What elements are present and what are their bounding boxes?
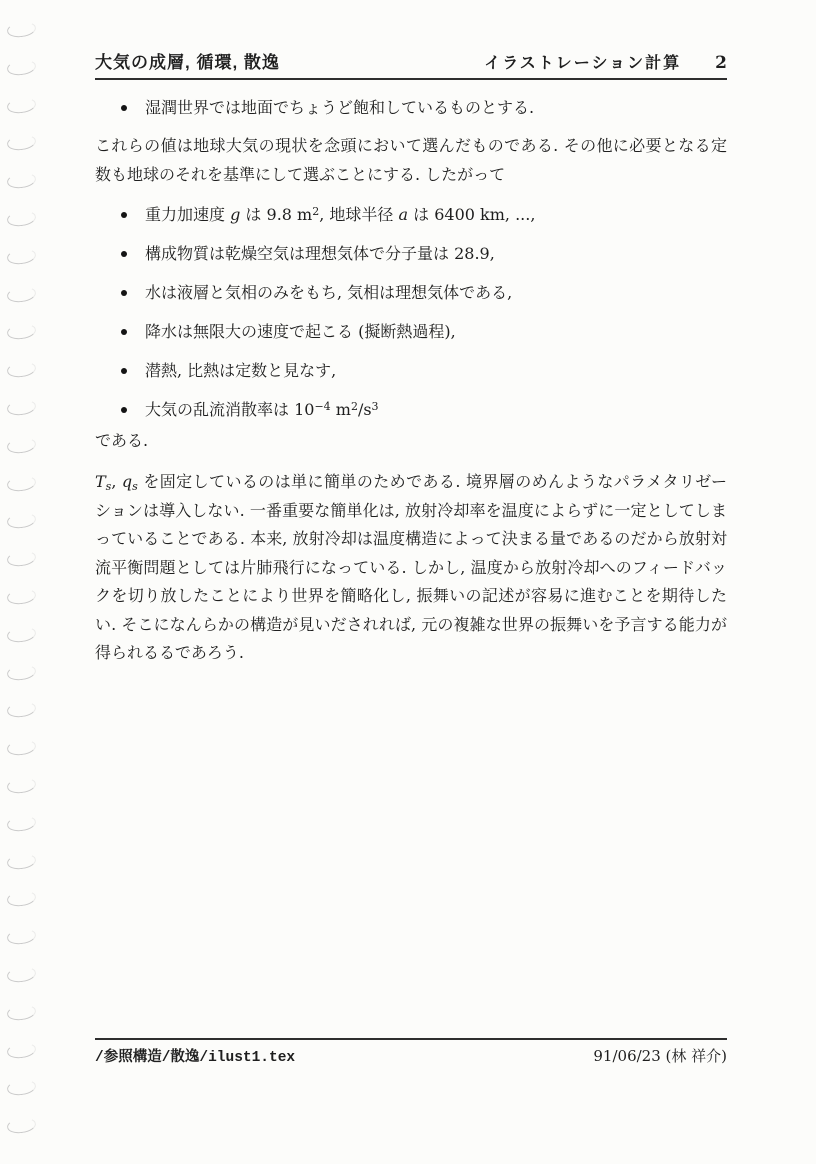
list-item-text: 重力加速度 g は 9.8 m2, 地球半径 a は 6400 km, ..., xyxy=(145,205,535,224)
list-item: 水は液層と気相のみをもち, 気相は理想気体である, xyxy=(95,281,727,304)
list-item: 重力加速度 g は 9.8 m2, 地球半径 a は 6400 km, ..., xyxy=(95,203,727,226)
ring-mark xyxy=(6,1041,37,1060)
paragraph: これらの値は地球大気の現状を念頭において選んだものである. その他に必要となる定… xyxy=(95,132,727,189)
list-item: 降水は無限大の速度で起こる (擬断熱過程), xyxy=(95,320,727,343)
ring-mark xyxy=(6,1003,37,1022)
paragraph: である. xyxy=(95,429,727,453)
list-item-text: 構成物質は乾燥空気は理想気体で分子量は 28.9, xyxy=(145,244,495,263)
ring-mark xyxy=(6,474,37,493)
binder-ring-marks xyxy=(0,0,60,1164)
ring-mark xyxy=(6,927,37,946)
header-left-title: 大気の成層, 循環, 散逸 xyxy=(95,48,280,73)
ring-mark xyxy=(6,285,37,304)
ring-mark xyxy=(6,20,37,39)
header-right-group: イラストレーション計算 2 xyxy=(484,50,727,73)
footer-date-author: 91/06/23 (林 祥介) xyxy=(593,1045,727,1066)
ring-mark xyxy=(6,1078,37,1097)
ring-mark xyxy=(6,965,37,984)
ring-mark xyxy=(6,360,37,379)
ring-mark xyxy=(6,322,37,341)
ring-mark xyxy=(6,814,37,833)
list-item: 構成物質は乾燥空気は理想気体で分子量は 28.9, xyxy=(95,242,727,265)
footer-rule: /参照構造/散逸/ilust1.tex 91/06/23 (林 祥介) xyxy=(95,1038,727,1066)
ring-mark xyxy=(6,587,37,606)
ring-mark xyxy=(6,1116,37,1135)
list-item-text: 湿潤世界では地面でちょうど飽和しているものとする. xyxy=(145,98,534,117)
ring-mark xyxy=(6,511,37,530)
ring-mark xyxy=(6,852,37,871)
header-rule: 大気の成層, 循環, 散逸 イラストレーション計算 2 xyxy=(95,48,727,80)
assumptions-bullet-list: 重力加速度 g は 9.8 m2, 地球半径 a は 6400 km, ...,… xyxy=(95,203,727,421)
ring-mark xyxy=(6,209,37,228)
page-header: 大気の成層, 循環, 散逸 イラストレーション計算 2 xyxy=(95,48,727,80)
ring-mark xyxy=(6,58,37,77)
ring-mark xyxy=(6,133,37,152)
ring-mark xyxy=(6,96,37,115)
ring-mark xyxy=(6,738,37,757)
ring-mark xyxy=(6,436,37,455)
footer-file-path: /参照構造/散逸/ilust1.tex xyxy=(95,1045,295,1066)
header-right-title: イラストレーション計算 xyxy=(484,50,681,73)
list-item: 湿潤世界では地面でちょうど飽和しているものとする. xyxy=(95,96,727,120)
page-footer: /参照構造/散逸/ilust1.tex 91/06/23 (林 祥介) xyxy=(95,1038,727,1066)
ring-mark xyxy=(6,776,37,795)
intro-bullet-list: 湿潤世界では地面でちょうど飽和しているものとする. xyxy=(95,96,727,120)
ring-mark xyxy=(6,171,37,190)
ring-mark xyxy=(6,625,37,644)
ring-mark xyxy=(6,889,37,908)
ring-mark xyxy=(6,663,37,682)
paragraph: Ts, qs を固定しているのは単に簡単のためである. 境界層のめんようなパラメ… xyxy=(95,468,727,668)
scanned-page: 大気の成層, 循環, 散逸 イラストレーション計算 2 湿潤世界では地面でちょう… xyxy=(0,0,816,1164)
list-item-text: 潜熱, 比熱は定数と見なす, xyxy=(145,361,336,380)
page-number: 2 xyxy=(715,53,727,73)
ring-mark xyxy=(6,549,37,568)
ring-mark xyxy=(6,700,37,719)
list-item-text: 大気の乱流消散率は 10−4 m2/s3 xyxy=(145,400,379,419)
page-body: 湿潤世界では地面でちょうど飽和しているものとする. これらの値は地球大気の現状を… xyxy=(95,96,727,668)
list-item: 潜熱, 比熱は定数と見なす, xyxy=(95,359,727,382)
ring-mark xyxy=(6,398,37,417)
list-item-text: 水は液層と気相のみをもち, 気相は理想気体である, xyxy=(145,283,512,302)
list-item-text: 降水は無限大の速度で起こる (擬断熱過程), xyxy=(145,322,456,341)
list-item: 大気の乱流消散率は 10−4 m2/s3 xyxy=(95,398,727,421)
ring-mark xyxy=(6,247,37,266)
